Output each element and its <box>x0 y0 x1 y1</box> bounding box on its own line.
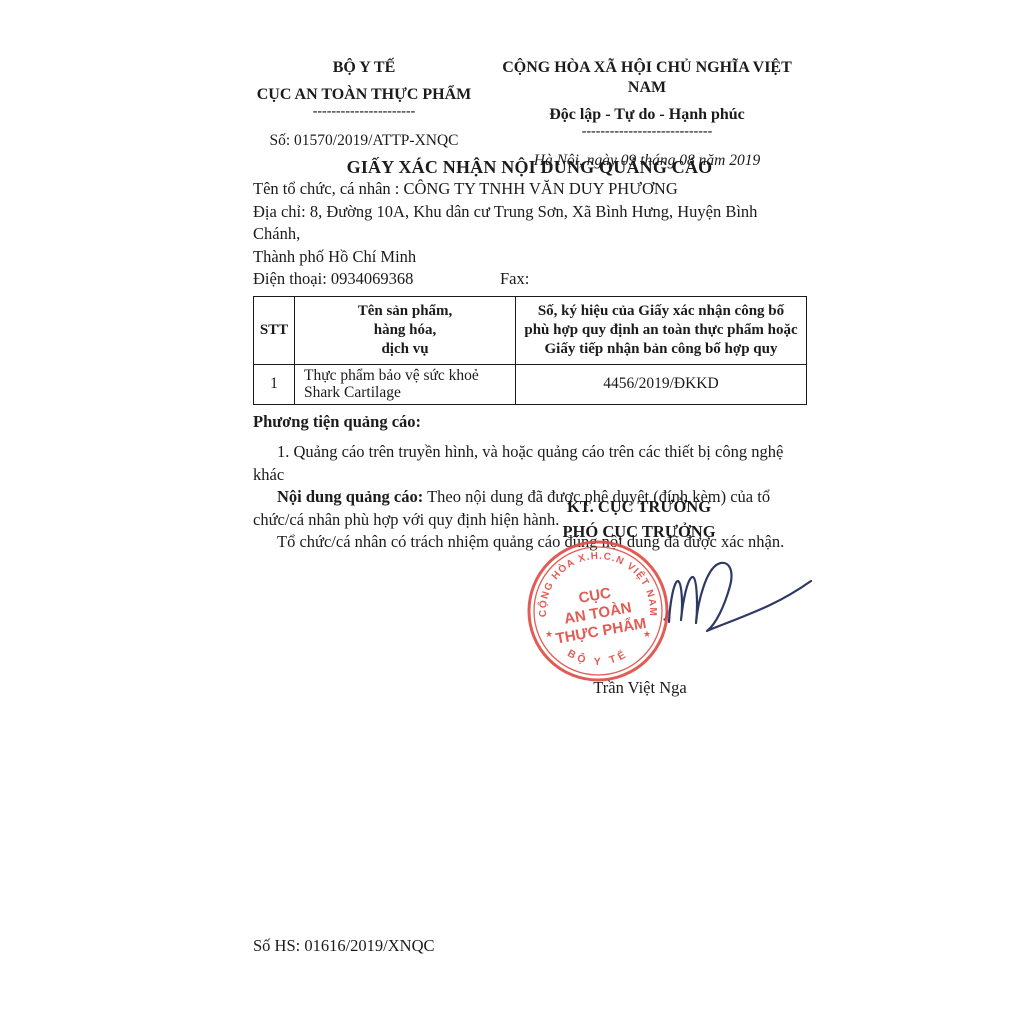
organization-label: Tên tổ chức, cá nhân : <box>253 179 399 198</box>
motto-line: Độc lập - Tự do - Hạnh phúc <box>482 105 812 125</box>
media-item-1: 1. Quảng cáo trên truyền hình, và hoặc q… <box>253 441 806 486</box>
agency-name: CỤC AN TOÀN THỰC PHẨM <box>248 85 480 105</box>
content-label: Nội dung quảng cáo: <box>277 487 423 506</box>
stamp-star-left: ★ <box>545 629 553 639</box>
phone-value: 0934069368 <box>331 269 414 288</box>
table-row: 1 Thực phẩm bảo vệ sức khoẻ Shark Cartil… <box>254 364 807 404</box>
table-header-cert: Số, ký hiệu của Giấy xác nhận công bố ph… <box>516 296 807 364</box>
document-page: BỘ Y TẾ CỤC AN TOÀN THỰC PHẨM ----------… <box>0 0 1024 1024</box>
country-name: CỘNG HÒA XÃ HỘI CHỦ NGHĨA VIỆT NAM <box>482 58 812 98</box>
document-title: GIẤY XÁC NHẬN NỘI DUNG QUẢNG CÁO <box>253 156 806 178</box>
footer-reference-number: Số HS: 01616/2019/XNQC <box>253 936 435 956</box>
media-section-title: Phương tiện quảng cáo: <box>253 411 806 434</box>
address-line-1: Địa chỉ: 8, Đường 10A, Khu dân cư Trung … <box>253 201 806 246</box>
row-product: Thực phẩm bảo vệ sức khoẻ Shark Cartilag… <box>295 364 516 404</box>
signer-name: Trần Việt Nga <box>540 678 740 698</box>
address-line-2: Thành phố Hồ Chí Minh <box>253 246 806 269</box>
stamp-ring-bottom-text: BỘ Y TẾ <box>565 647 630 668</box>
fax-label: Fax: <box>500 268 529 291</box>
phone-label: Điện thoại: <box>253 269 327 288</box>
contact-line: Điện thoại: 0934069368 Fax: <box>253 268 806 291</box>
table-header-row: STT Tên sản phẩm, hàng hóa, dịch vụ Số, … <box>254 296 807 364</box>
row-cert-number: 4456/2019/ĐKKD <box>516 364 807 404</box>
header-right-separator: ---------------------------- <box>482 126 812 138</box>
ministry-name: BỘ Y TẾ <box>248 58 480 78</box>
document-number: Số: 01570/2019/ATTP-XNQC <box>248 132 480 150</box>
products-table: STT Tên sản phẩm, hàng hóa, dịch vụ Số, … <box>253 296 807 405</box>
organization-value: CÔNG TY TNHH VĂN DUY PHƯƠNG <box>404 179 678 198</box>
row-stt: 1 <box>254 364 295 404</box>
header-left-separator: ---------------------- <box>248 106 480 118</box>
signer-title-1: KT. CỤC TRƯỞNG <box>508 494 770 519</box>
header-issuing-agency: BỘ Y TẾ CỤC AN TOÀN THỰC PHẨM ----------… <box>248 58 480 166</box>
handwritten-signature <box>652 556 820 640</box>
svg-text:BỘ Y TẾ: BỘ Y TẾ <box>565 647 630 668</box>
official-red-stamp: CỘNG HÒA X.H.C.N VIỆT NAM BỘ Y TẾ ★ ★ CỤ… <box>523 536 673 686</box>
table-header-stt: STT <box>254 296 295 364</box>
table-header-product: Tên sản phẩm, hàng hóa, dịch vụ <box>295 296 516 364</box>
organization-line: Tên tổ chức, cá nhân : CÔNG TY TNHH VĂN … <box>253 178 806 201</box>
